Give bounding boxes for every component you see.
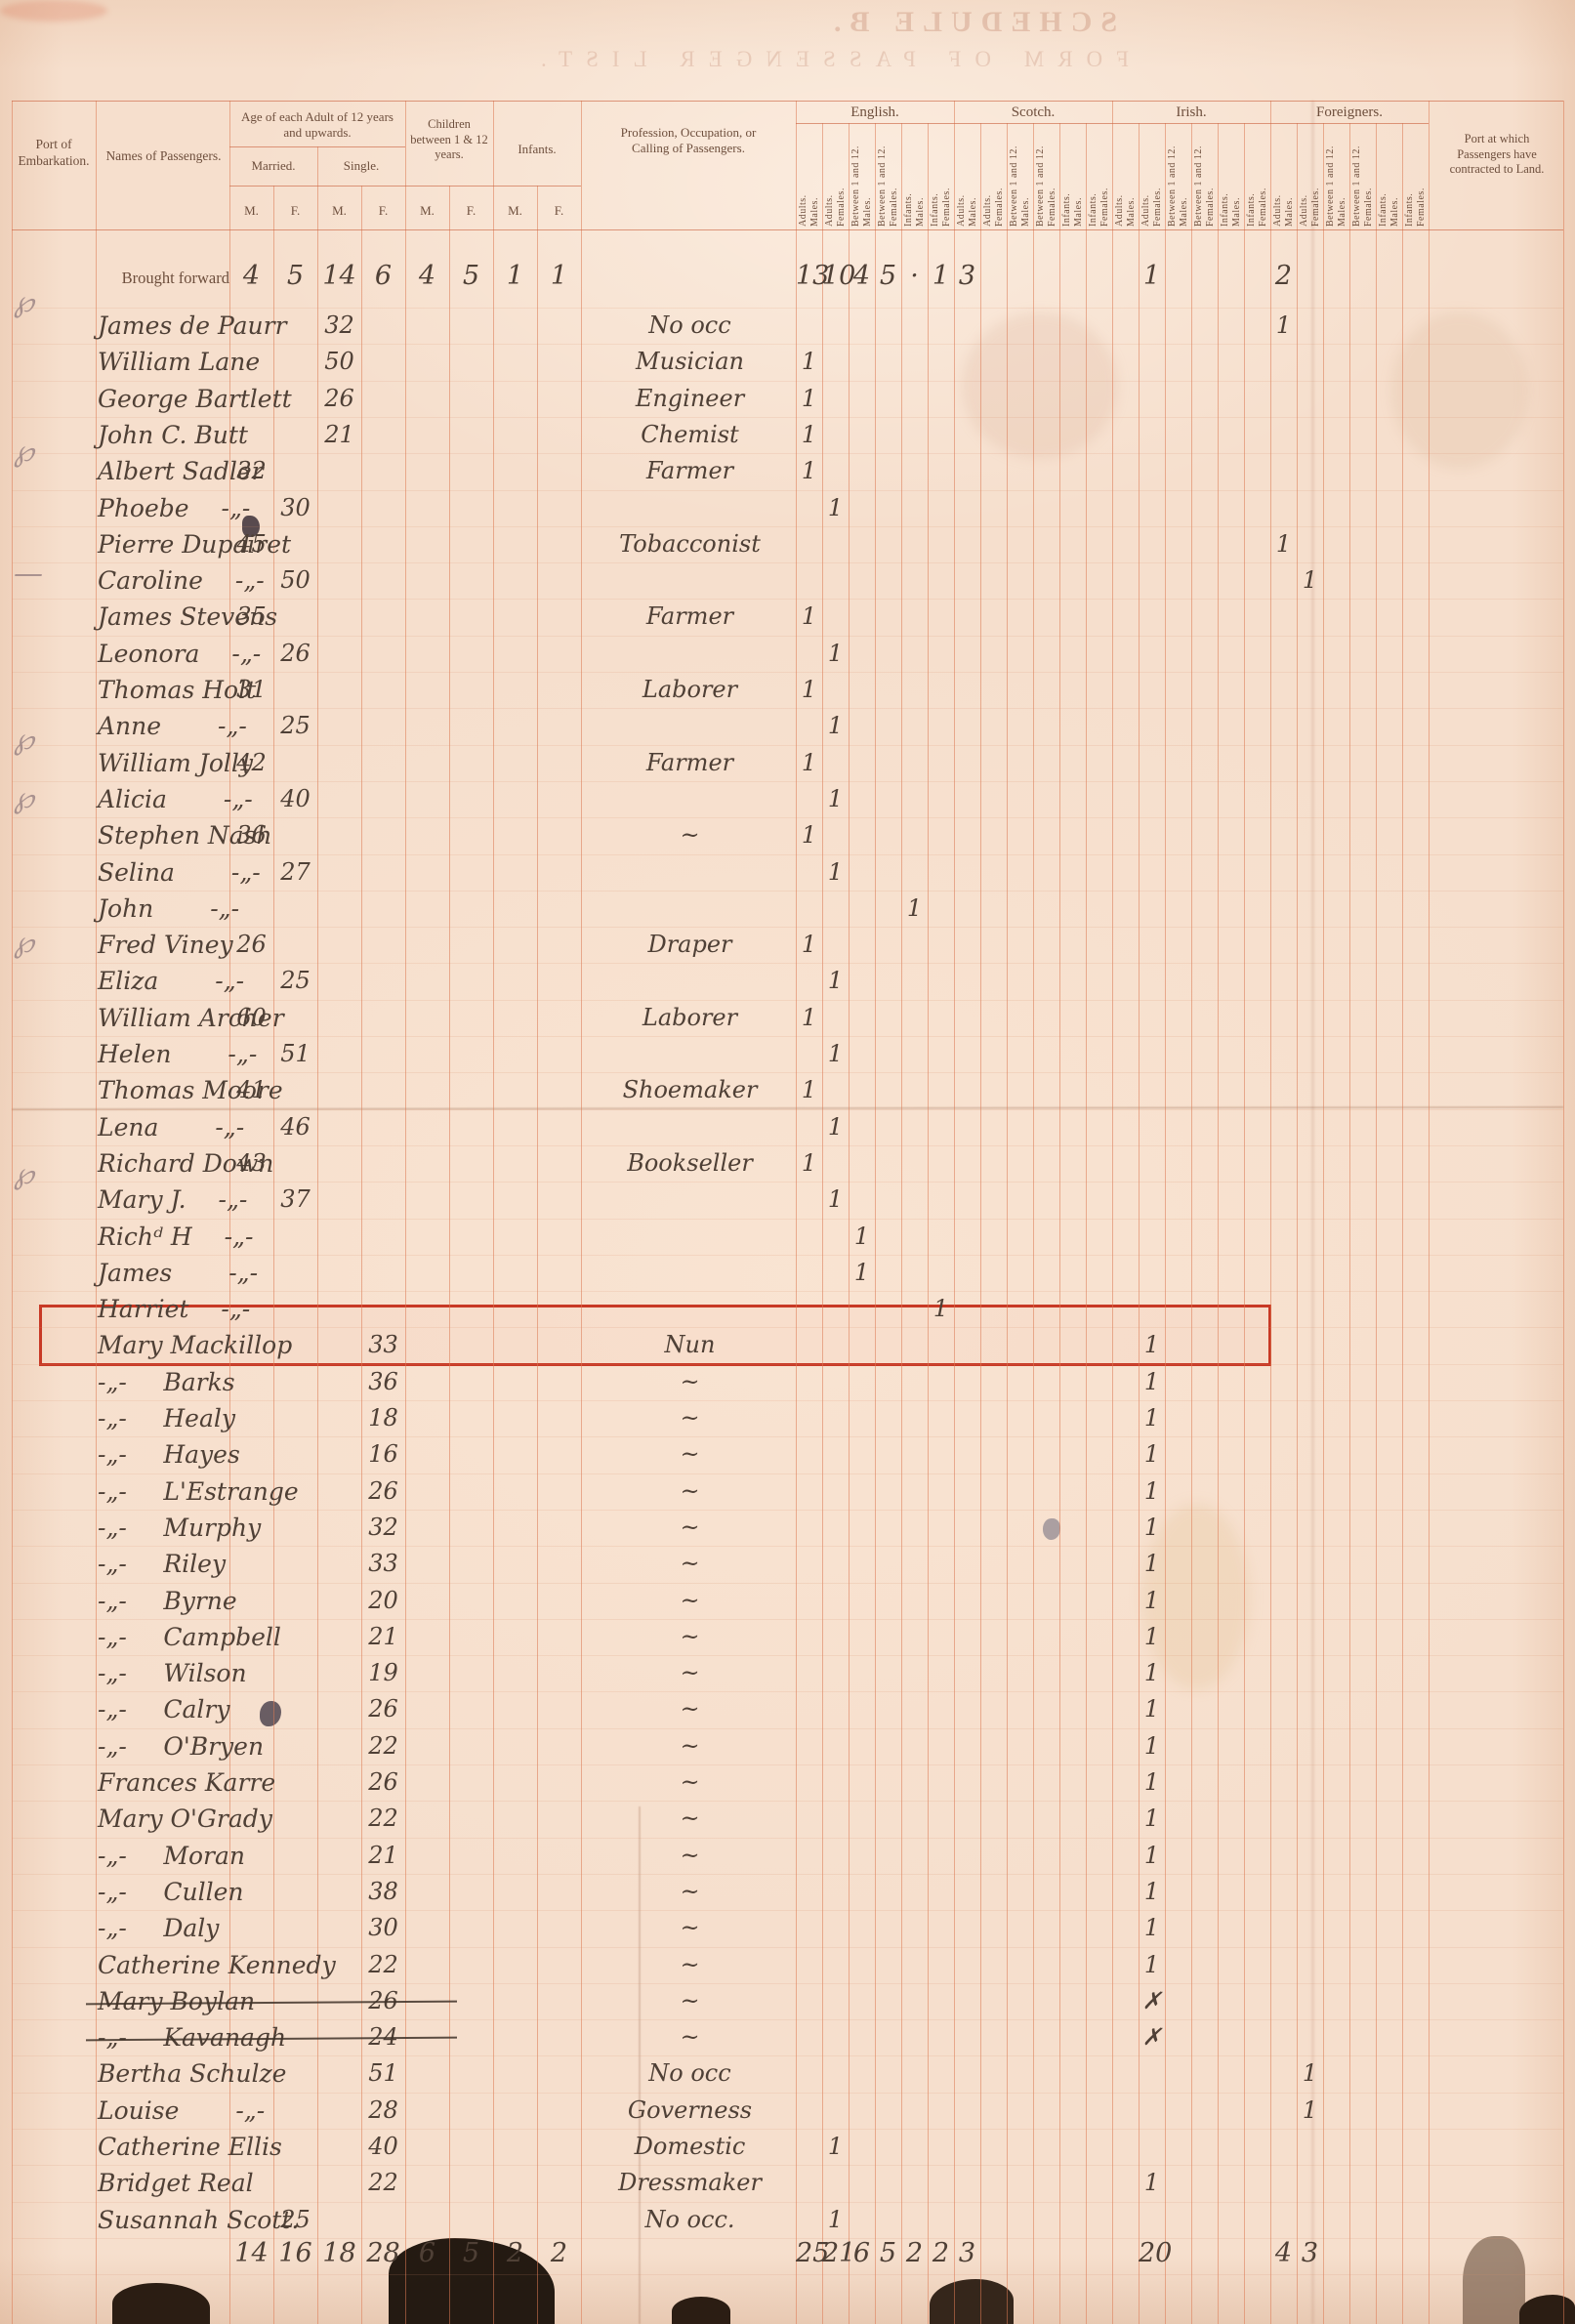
cell-prof: Engineer bbox=[584, 381, 796, 417]
bf-cell-e_if: 1 bbox=[928, 249, 954, 304]
bf-cell-sf: 6 bbox=[361, 249, 405, 304]
passenger-name: Fred Viney bbox=[98, 927, 233, 963]
subcol-sex-label: Females. bbox=[889, 125, 900, 227]
row-rule bbox=[12, 1109, 1563, 1110]
cell-sf: 22 bbox=[361, 1728, 405, 1764]
cell-sf: 38 bbox=[361, 1874, 405, 1910]
subcol-sex-label: Males. bbox=[1179, 125, 1190, 227]
bf-cell-e_am: 13 bbox=[796, 249, 822, 304]
cell-prof: ~ bbox=[584, 1400, 796, 1436]
passenger-name: Harriet -„- bbox=[98, 1291, 250, 1327]
cell-e_am: 1 bbox=[796, 453, 822, 489]
nationality-subcol-label: Between 1 and 12.Males. bbox=[849, 125, 875, 227]
cell-prof: ~ bbox=[584, 1910, 796, 1946]
passenger-name: Louise -„- bbox=[98, 2093, 265, 2129]
cell-sf: 26 bbox=[361, 1764, 405, 1801]
cell-mm: 60 bbox=[229, 1000, 273, 1036]
subcol-sex-label: Females. bbox=[1258, 125, 1269, 227]
cell-prof: Farmer bbox=[584, 599, 796, 635]
cell-mm: 45 bbox=[229, 526, 273, 562]
passenger-name: Caroline -„- bbox=[98, 562, 265, 599]
cell-mf: 27 bbox=[273, 854, 317, 891]
cell-e_am: 1 bbox=[796, 672, 822, 708]
cell-prof: Laborer bbox=[584, 672, 796, 708]
table-rule-vertical bbox=[1563, 101, 1564, 2324]
cell-sm: 26 bbox=[317, 381, 361, 417]
cell-e_am: 1 bbox=[796, 927, 822, 963]
cell-i_af: 1 bbox=[1139, 1764, 1165, 1801]
cell-sf: 16 bbox=[361, 1436, 405, 1473]
col-header-profession: Profession, Occupation, or Calling of Pa… bbox=[615, 125, 762, 157]
subcol-sex-label: Males. bbox=[1073, 125, 1085, 227]
cell-sf: 18 bbox=[361, 1400, 405, 1436]
table-rule-horizontal bbox=[12, 229, 1563, 230]
cell-sm: 32 bbox=[317, 308, 361, 344]
total-cell-mf: 16 bbox=[273, 2232, 317, 2275]
subcol-category-label: Infants. bbox=[1246, 125, 1258, 227]
nationality-subcol-label: Between 1 and 12.Females. bbox=[1033, 125, 1059, 227]
total-cell-im: 2 bbox=[493, 2232, 537, 2275]
nationality-subcol-label: Between 1 and 12.Females. bbox=[1191, 125, 1218, 227]
torn-edge-blob bbox=[112, 2283, 210, 2324]
subcol-sex-label: Males. bbox=[915, 125, 927, 227]
cell-e_af: 1 bbox=[822, 708, 849, 744]
bf-cell-im: 1 bbox=[493, 249, 537, 304]
nationality-subcol-label: Infants.Males. bbox=[901, 125, 928, 227]
cell-sf: 26 bbox=[361, 1691, 405, 1727]
cell-prof: ~ bbox=[584, 1510, 796, 1546]
bf-cell-e_bm: 4 bbox=[849, 249, 875, 304]
cell-prof: Farmer bbox=[584, 453, 796, 489]
margin-clerk-mark: ℘ bbox=[14, 781, 34, 815]
bf-cell-e_bf: 5 bbox=[875, 249, 901, 304]
total-cell-e_bf: 5 bbox=[875, 2232, 901, 2275]
cell-f_am: 1 bbox=[1270, 526, 1297, 562]
cell-prof: ~ bbox=[584, 1473, 796, 1510]
age-col-mf-label: M. bbox=[229, 203, 273, 219]
cell-i_af: 1 bbox=[1139, 1619, 1165, 1655]
passenger-name: John -„- bbox=[98, 891, 239, 927]
row-rule bbox=[12, 963, 1563, 964]
table-rule-vertical bbox=[954, 101, 955, 2324]
bf-cell-i_af: 1 bbox=[1139, 249, 1165, 304]
nationality-subcol-label: Adults.Males. bbox=[1270, 125, 1297, 227]
nationality-subcol-label: Infants.Males. bbox=[1376, 125, 1402, 227]
cell-prof: Governess bbox=[584, 2093, 796, 2129]
torn-edge-blob bbox=[1463, 2236, 1525, 2324]
cell-prof: ~ bbox=[584, 1874, 796, 1910]
total-cell-e_if: 2 bbox=[928, 2232, 954, 2275]
subcol-sex-label: Males. bbox=[809, 125, 821, 227]
total-cell-cf: 5 bbox=[449, 2232, 493, 2275]
cell-prof: ~ bbox=[584, 817, 796, 853]
subcol-sex-label: Males. bbox=[1231, 125, 1243, 227]
subcol-category-label: Between 1 and 12. bbox=[877, 125, 889, 227]
cell-sf: 40 bbox=[361, 2129, 405, 2165]
table-rule-horizontal bbox=[796, 123, 1429, 124]
subcol-category-label: Infants. bbox=[1378, 125, 1389, 227]
cell-prof: ~ bbox=[584, 1364, 796, 1400]
passenger-name: Selina -„- bbox=[98, 854, 261, 891]
table-rule-vertical bbox=[1429, 101, 1430, 2324]
total-cell-e_am: 25 bbox=[796, 2232, 822, 2275]
subcol-category-label: Between 1 and 12. bbox=[1325, 125, 1337, 227]
cell-prof: ~ bbox=[584, 1436, 796, 1473]
col-header-port-embarkation: Port of Embarkation. bbox=[12, 137, 96, 170]
passenger-name: -„- O'Bryen bbox=[98, 1728, 264, 1764]
passenger-name: Catherine Ellis bbox=[98, 2129, 282, 2165]
cell-i_af: 1 bbox=[1139, 1655, 1165, 1691]
total-cell-if: 2 bbox=[537, 2232, 581, 2275]
cell-prof: ~ bbox=[584, 2019, 796, 2055]
top-left-smear bbox=[0, 0, 107, 21]
cell-e_am: 1 bbox=[796, 344, 822, 380]
passenger-name: Alicia -„- bbox=[98, 781, 253, 817]
subcol-category-label: Between 1 and 12. bbox=[1009, 125, 1020, 227]
col-header-married: Married. bbox=[229, 158, 317, 174]
passenger-name: -„- Daly bbox=[98, 1910, 219, 1946]
cell-mf: 51 bbox=[273, 1036, 317, 1072]
col-header-children: Children between 1 & 12 years. bbox=[409, 117, 489, 163]
passenger-name: James -„- bbox=[98, 1255, 258, 1291]
table-rule-vertical bbox=[493, 101, 494, 2324]
scanned-passenger-list-sheet: SCHEDULE B. FORM OF PASSENGER LIST. Port… bbox=[0, 0, 1575, 2324]
nationality-subcol-label: Between 1 and 12.Males. bbox=[1165, 125, 1191, 227]
table-rule-horizontal bbox=[229, 146, 405, 147]
cell-prof: ~ bbox=[584, 1655, 796, 1691]
total-cell-e_af: 21 bbox=[822, 2232, 849, 2275]
cell-e_bm: 1 bbox=[849, 1219, 875, 1255]
table-rule-vertical bbox=[1112, 101, 1113, 2324]
table-rule-horizontal bbox=[12, 101, 1563, 102]
nationality-subcol-label: Infants.Females. bbox=[1086, 125, 1112, 227]
cell-sf: 33 bbox=[361, 1327, 405, 1363]
cell-mf: 50 bbox=[273, 562, 317, 599]
cell-i_af: 1 bbox=[1139, 1838, 1165, 1874]
nationality-subcol-label: Adults.Females. bbox=[980, 125, 1007, 227]
cell-e_am: 1 bbox=[796, 1072, 822, 1108]
passenger-name: -„- Wilson bbox=[98, 1655, 247, 1691]
cell-e_if: 1 bbox=[928, 1291, 954, 1327]
passenger-name: -„- Byrne bbox=[98, 1583, 237, 1619]
grey-smudge bbox=[1043, 1518, 1060, 1540]
cell-sm: 50 bbox=[317, 344, 361, 380]
total-cell-f_am: 4 bbox=[1270, 2232, 1297, 2275]
nationality-subcol-label: Between 1 and 12.Females. bbox=[875, 125, 901, 227]
cell-i_af: ✗ bbox=[1139, 1983, 1165, 2019]
passenger-name: Anne -„- bbox=[98, 708, 247, 744]
cell-i_af: 1 bbox=[1139, 1327, 1165, 1363]
cell-prof: Laborer bbox=[584, 1000, 796, 1036]
cell-prof: Farmer bbox=[584, 745, 796, 781]
passenger-name: George Bartlett bbox=[98, 381, 292, 417]
cell-i_af: 1 bbox=[1139, 1510, 1165, 1546]
cell-prof: Nun bbox=[584, 1327, 796, 1363]
passenger-name: -„- Barks bbox=[98, 1364, 235, 1400]
cell-i_af: ✗ bbox=[1139, 2019, 1165, 2055]
cell-prof: ~ bbox=[584, 1691, 796, 1727]
bf-cell-mm: 4 bbox=[229, 249, 273, 304]
cell-i_af: 1 bbox=[1139, 1691, 1165, 1727]
age-col-mf-label: M. bbox=[317, 203, 361, 219]
subcol-category-label: Infants. bbox=[930, 125, 941, 227]
cell-prof: Tobacconist bbox=[584, 526, 796, 562]
cell-i_af: 1 bbox=[1139, 1400, 1165, 1436]
cell-mf: 37 bbox=[273, 1182, 317, 1218]
bf-cell-f_am: 2 bbox=[1270, 249, 1297, 304]
brought-forward-label: Brought forward bbox=[98, 269, 229, 289]
cell-i_af: 1 bbox=[1139, 1473, 1165, 1510]
cell-sf: 22 bbox=[361, 2165, 405, 2201]
cell-i_af: 1 bbox=[1139, 1728, 1165, 1764]
cell-sf: 26 bbox=[361, 1473, 405, 1510]
bleed-patch-1 bbox=[962, 312, 1118, 459]
cell-e_am: 1 bbox=[796, 417, 822, 453]
cell-prof: ~ bbox=[584, 1764, 796, 1801]
subcol-category-label: Infants. bbox=[903, 125, 915, 227]
margin-clerk-mark: ℘ bbox=[14, 1157, 34, 1191]
bf-cell-e_im: · bbox=[901, 249, 928, 304]
cell-sf: 32 bbox=[361, 1510, 405, 1546]
age-col-mf-label: F. bbox=[449, 203, 493, 219]
cell-mm: 26 bbox=[229, 927, 273, 963]
table-rule-vertical bbox=[581, 101, 582, 2324]
cell-f_am: 1 bbox=[1270, 308, 1297, 344]
cell-prof: Bookseller bbox=[584, 1145, 796, 1182]
torn-edge-blob bbox=[930, 2279, 1014, 2324]
cell-mm: 43 bbox=[229, 1145, 273, 1182]
subcol-sex-label: Males. bbox=[1337, 125, 1348, 227]
cell-i_af: 1 bbox=[1139, 1910, 1165, 1946]
subcol-sex-label: Females. bbox=[941, 125, 953, 227]
passenger-name: William Lane bbox=[98, 344, 260, 380]
subcol-category-label: Infants. bbox=[1088, 125, 1099, 227]
age-col-mf-label: F. bbox=[537, 203, 581, 219]
cell-i_af: 1 bbox=[1139, 1583, 1165, 1619]
cell-i_af: 1 bbox=[1139, 2165, 1165, 2201]
nationality-subcol-label: Adults.Males. bbox=[796, 125, 822, 227]
subcol-sex-label: Males. bbox=[1126, 125, 1138, 227]
cell-sf: 36 bbox=[361, 1364, 405, 1400]
cell-prof: No occ. bbox=[584, 2202, 796, 2238]
cell-e_bm: 1 bbox=[849, 1255, 875, 1291]
fold-line-vertical bbox=[1311, 101, 1314, 2324]
total-cell-e_bm: 6 bbox=[849, 2232, 875, 2275]
cell-mf: 25 bbox=[273, 963, 317, 999]
subcol-category-label: Adults. bbox=[1299, 125, 1310, 227]
passenger-name: John C. Butt bbox=[98, 417, 248, 453]
col-header-single: Single. bbox=[317, 158, 405, 174]
nationality-header: Irish. bbox=[1112, 104, 1270, 122]
margin-clerk-mark: ℘ bbox=[14, 926, 34, 960]
ghost-subtitle: FORM OF PASSENGER LIST. bbox=[527, 47, 1129, 72]
passenger-name: Lena -„- bbox=[98, 1109, 244, 1145]
cell-e_am: 1 bbox=[796, 1145, 822, 1182]
passenger-name: Bridget Real bbox=[98, 2165, 254, 2201]
ghost-title: SCHEDULE B. bbox=[825, 6, 1117, 39]
nationality-subcol-label: Infants.Males. bbox=[1218, 125, 1244, 227]
subcol-sex-label: Females. bbox=[1099, 125, 1111, 227]
cell-mm: 35 bbox=[229, 599, 273, 635]
cell-i_af: 1 bbox=[1139, 1801, 1165, 1837]
cell-f_af: 1 bbox=[1297, 2055, 1323, 2092]
cell-prof: Musician bbox=[584, 344, 796, 380]
subcol-category-label: Adults. bbox=[1272, 125, 1284, 227]
bf-cell-e_af: 10 bbox=[822, 249, 849, 304]
nationality-subcol-label: Infants.Females. bbox=[1244, 125, 1270, 227]
subcol-sex-label: Females. bbox=[1047, 125, 1058, 227]
subcol-sex-label: Females. bbox=[1310, 125, 1322, 227]
passenger-name: Eliza -„- bbox=[98, 963, 244, 999]
subcol-category-label: Between 1 and 12. bbox=[1193, 125, 1205, 227]
subcol-category-label: Infants. bbox=[1404, 125, 1416, 227]
cell-e_am: 1 bbox=[796, 1000, 822, 1036]
cell-e_af: 1 bbox=[822, 636, 849, 672]
nationality-subcol-label: Adults.Females. bbox=[1139, 125, 1165, 227]
cell-i_af: 1 bbox=[1139, 1874, 1165, 1910]
passenger-name: Mary J. -„- bbox=[98, 1182, 247, 1218]
bf-cell-mf: 5 bbox=[273, 249, 317, 304]
passenger-name: Richᵈ H -„- bbox=[98, 1219, 253, 1255]
subcol-sex-label: Males. bbox=[1389, 125, 1401, 227]
nationality-subcol-label: Between 1 and 12.Males. bbox=[1323, 125, 1349, 227]
torn-edge-blob bbox=[672, 2297, 730, 2324]
cell-prof: ~ bbox=[584, 1546, 796, 1582]
total-cell-f_af: 3 bbox=[1297, 2232, 1323, 2275]
bf-cell-cf: 5 bbox=[449, 249, 493, 304]
cell-mf: 25 bbox=[273, 708, 317, 744]
passenger-name: Catherine Kennedy bbox=[98, 1947, 336, 1983]
nationality-subcol-label: Infants.Males. bbox=[1059, 125, 1086, 227]
cell-e_af: 1 bbox=[822, 2129, 849, 2165]
nationality-subcol-label: Adults.Males. bbox=[954, 125, 980, 227]
passenger-name: -„- Campbell bbox=[98, 1619, 281, 1655]
cell-sf: 20 bbox=[361, 1583, 405, 1619]
cell-e_af: 1 bbox=[822, 781, 849, 817]
cell-prof: Dressmaker bbox=[584, 2165, 796, 2201]
subcol-sex-label: Females. bbox=[1416, 125, 1428, 227]
table-rule-vertical bbox=[12, 101, 13, 2324]
passenger-name: Frances Karre bbox=[98, 1764, 275, 1801]
margin-clerk-mark: ℘ bbox=[14, 435, 34, 469]
age-col-mf-label: M. bbox=[405, 203, 449, 219]
nationality-subcol-label: Infants.Females. bbox=[1402, 125, 1429, 227]
cell-sf: 30 bbox=[361, 1910, 405, 1946]
total-cell-e_im: 2 bbox=[901, 2232, 928, 2275]
cell-prof: ~ bbox=[584, 1801, 796, 1837]
cell-f_af: 1 bbox=[1297, 2093, 1323, 2129]
subcol-category-label: Adults. bbox=[956, 125, 968, 227]
row-rule bbox=[12, 891, 1563, 892]
passenger-name: Phoebe -„- bbox=[98, 490, 250, 526]
cell-e_af: 1 bbox=[822, 490, 849, 526]
cell-prof: Shoemaker bbox=[584, 1072, 796, 1108]
passenger-name: Mary Mackillop bbox=[98, 1327, 292, 1363]
cell-e_am: 1 bbox=[796, 817, 822, 853]
passenger-name: -„- Moran bbox=[98, 1838, 245, 1874]
cell-sf: 33 bbox=[361, 1546, 405, 1582]
subcol-sex-label: Males. bbox=[968, 125, 979, 227]
cell-sf: 51 bbox=[361, 2055, 405, 2092]
subcol-category-label: Adults. bbox=[1114, 125, 1126, 227]
nationality-subcol-label: Adults.Females. bbox=[822, 125, 849, 227]
cell-sf: 28 bbox=[361, 2093, 405, 2129]
cell-prof: ~ bbox=[584, 1947, 796, 1983]
passenger-name: -„- Calry bbox=[98, 1691, 229, 1727]
passenger-name: Leonora -„- bbox=[98, 636, 261, 672]
margin-clerk-mark: ℘ bbox=[14, 723, 34, 757]
bf-cell-s_am: 3 bbox=[954, 249, 980, 304]
passenger-name: -„- L'Estrange bbox=[98, 1473, 299, 1510]
col-header-age-adult: Age of each Adult of 12 years and upward… bbox=[234, 109, 400, 142]
subcol-sex-label: Females. bbox=[836, 125, 848, 227]
cell-prof: Chemist bbox=[584, 417, 796, 453]
subcol-category-label: Infants. bbox=[1061, 125, 1073, 227]
cell-f_af: 1 bbox=[1297, 562, 1323, 599]
subcol-sex-label: Females. bbox=[1205, 125, 1217, 227]
cell-i_af: 1 bbox=[1139, 1947, 1165, 1983]
table-rule-horizontal bbox=[229, 186, 581, 187]
margin-clerk-mark: — bbox=[14, 557, 43, 591]
subcol-category-label: Between 1 and 12. bbox=[1035, 125, 1047, 227]
subcol-category-label: Between 1 and 12. bbox=[1351, 125, 1363, 227]
bf-cell-sm: 14 bbox=[317, 249, 361, 304]
margin-clerk-mark: ℘ bbox=[14, 285, 34, 319]
age-col-mf-label: M. bbox=[493, 203, 537, 219]
total-cell-sf: 28 bbox=[361, 2232, 405, 2275]
age-col-mf-label: F. bbox=[361, 203, 405, 219]
cell-mf: 46 bbox=[273, 1109, 317, 1145]
cell-mf: 30 bbox=[273, 490, 317, 526]
col-header-port-land: Port at which Passengers have contracted… bbox=[1438, 132, 1555, 178]
cell-i_af: 1 bbox=[1139, 1364, 1165, 1400]
cell-sm: 21 bbox=[317, 417, 361, 453]
cell-e_af: 1 bbox=[822, 854, 849, 891]
subcol-sex-label: Females. bbox=[1152, 125, 1164, 227]
passenger-name: -„- Riley bbox=[98, 1546, 226, 1582]
cell-sf: 22 bbox=[361, 1801, 405, 1837]
passenger-name: -„- Healy bbox=[98, 1400, 235, 1436]
subcol-category-label: Adults. bbox=[1140, 125, 1152, 227]
cell-i_af: 1 bbox=[1139, 1436, 1165, 1473]
cell-mm: 41 bbox=[229, 1072, 273, 1108]
bf-cell-if: 1 bbox=[537, 249, 581, 304]
passenger-name: -„- Cullen bbox=[98, 1874, 243, 1910]
cell-sf: 21 bbox=[361, 1619, 405, 1655]
table-rule-vertical bbox=[405, 101, 406, 2324]
subcol-category-label: Adults. bbox=[982, 125, 994, 227]
age-col-mf-label: F. bbox=[273, 203, 317, 219]
passenger-name: -„- Murphy bbox=[98, 1510, 261, 1546]
subcol-category-label: Between 1 and 12. bbox=[1167, 125, 1179, 227]
cell-prof: ~ bbox=[584, 1983, 796, 2019]
cell-mf: 26 bbox=[273, 636, 317, 672]
cell-mm: 36 bbox=[229, 817, 273, 853]
passenger-name: Bertha Schulze bbox=[98, 2055, 286, 2092]
table-rule-vertical bbox=[317, 146, 318, 2324]
cell-e_af: 1 bbox=[822, 963, 849, 999]
cell-prof: ~ bbox=[584, 1583, 796, 1619]
nationality-header: Foreigners. bbox=[1270, 104, 1429, 122]
cell-prof: No occ bbox=[584, 2055, 796, 2092]
bf-cell-cm: 4 bbox=[405, 249, 449, 304]
col-header-names: Names of Passengers. bbox=[98, 148, 229, 165]
subcol-sex-label: Males. bbox=[862, 125, 874, 227]
cell-mf: 40 bbox=[273, 781, 317, 817]
cell-e_im: 1 bbox=[901, 891, 928, 927]
cell-sf: 22 bbox=[361, 1947, 405, 1983]
nationality-subcol-label: Adults.Females. bbox=[1297, 125, 1323, 227]
